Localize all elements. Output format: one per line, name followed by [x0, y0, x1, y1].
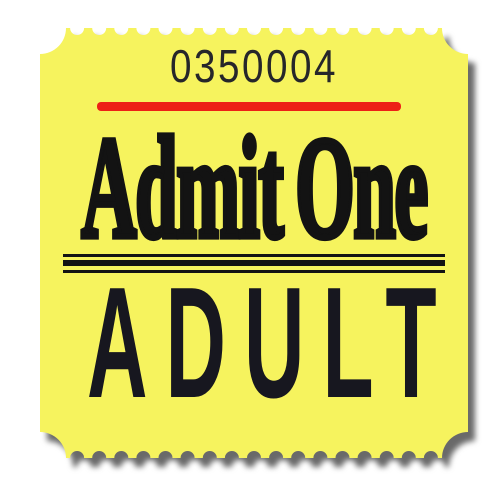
ticket-title: Admit One — [81, 115, 427, 261]
ticket-content: 0350004 Admit One ADULT — [40, 28, 468, 458]
admit-one-ticket: 0350004 Admit One ADULT — [40, 28, 468, 458]
admission-class-row: ADULT — [40, 270, 468, 416]
admission-class: ADULT — [87, 264, 455, 422]
serial-number: 0350004 — [74, 43, 434, 89]
ticket-title-row: Admit One — [40, 118, 468, 258]
ticket-image: 0350004 Admit One ADULT — [0, 0, 490, 490]
